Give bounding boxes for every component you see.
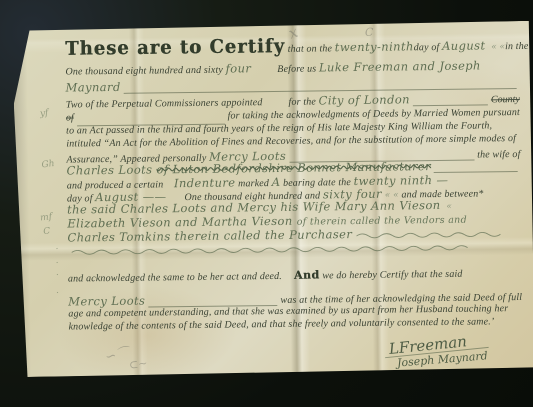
margin-dot-4: ·: [56, 289, 59, 299]
text-segment: for taking the acknowledgments of Deeds …: [228, 107, 521, 122]
spacer: [481, 68, 520, 69]
margin-dot-1: ·: [56, 245, 59, 255]
ruled-blank: [148, 292, 277, 307]
spacer: [251, 71, 277, 72]
line-year-witnesses: One thousand eight hundred and sixty fou…: [65, 58, 519, 78]
margin-initials-4: C: [43, 226, 51, 237]
ruled-blank: [434, 158, 518, 173]
year-entry: four: [225, 61, 251, 75]
handwritten-flourish: [72, 244, 472, 257]
husband-name-entry: Charles Loots: [67, 162, 157, 177]
text-segment: day of: [414, 42, 442, 53]
text-segment: and acknowledged the same to be her act …: [68, 271, 282, 285]
line-acknowledged: and acknowledged the same to be her act …: [68, 266, 522, 285]
ruled-blank: [413, 91, 488, 106]
purchaser-clause-entry: Charles Tomkins therein called the Purch…: [67, 227, 356, 245]
text-segment: Two of the Perpetual Commissioners appoi…: [66, 97, 263, 110]
text-segment: in the year: [505, 41, 533, 53]
text-segment: Before us: [277, 63, 319, 75]
county-struck: County: [491, 94, 520, 105]
flourish-stroke: [356, 232, 500, 238]
margin-initials-3: mf: [40, 212, 53, 223]
pencil-c-mark: C: [365, 26, 374, 39]
text-segment: we do hereby Certify that the said: [320, 269, 463, 282]
month-entry: August: [442, 38, 486, 53]
text-segment: «: [441, 202, 452, 212]
text-segment: for the: [288, 96, 318, 107]
spacer: [282, 278, 294, 279]
place-entry: City of London: [319, 92, 411, 107]
text-segment: that on the: [285, 43, 335, 55]
line-blank-flourish: [72, 243, 512, 257]
spacer: [166, 186, 174, 187]
commissioner-names-entry: Luke Freeman and Joseph: [319, 58, 481, 74]
certify-heading: These are to Certify: [65, 35, 285, 60]
margin-initials-1: yf: [39, 108, 49, 119]
handwritten-flourish: [356, 230, 506, 240]
margin-dot-2: ·: [56, 259, 59, 269]
pencil-scribble-2: ⊂∼: [128, 357, 148, 372]
margin-dot-3: ·: [56, 271, 59, 281]
and-heading: And: [294, 268, 320, 281]
photo-backdrop: { "document": { "kind_label": "Deed ackn…: [0, 0, 533, 407]
pencil-scribble-1: ∽⌒: [103, 342, 130, 366]
day-ordinal-entry: twenty-ninth: [335, 39, 414, 54]
deed-mark-entry: A: [272, 175, 281, 189]
text-segment: One thousand eight hundred and sixty: [65, 65, 225, 78]
text-segment: « «: [485, 42, 505, 52]
document-paper: These are to Certify that on the twenty-…: [13, 21, 533, 377]
commissioner-name-continued: Maynard: [66, 80, 121, 95]
of-struck: of: [66, 112, 74, 123]
margin-initials-2: Gh: [41, 159, 55, 170]
spacer: [263, 104, 289, 105]
acknowledging-party-entry: Mercy Loots: [68, 294, 145, 309]
flourish-stroke: [72, 246, 468, 255]
